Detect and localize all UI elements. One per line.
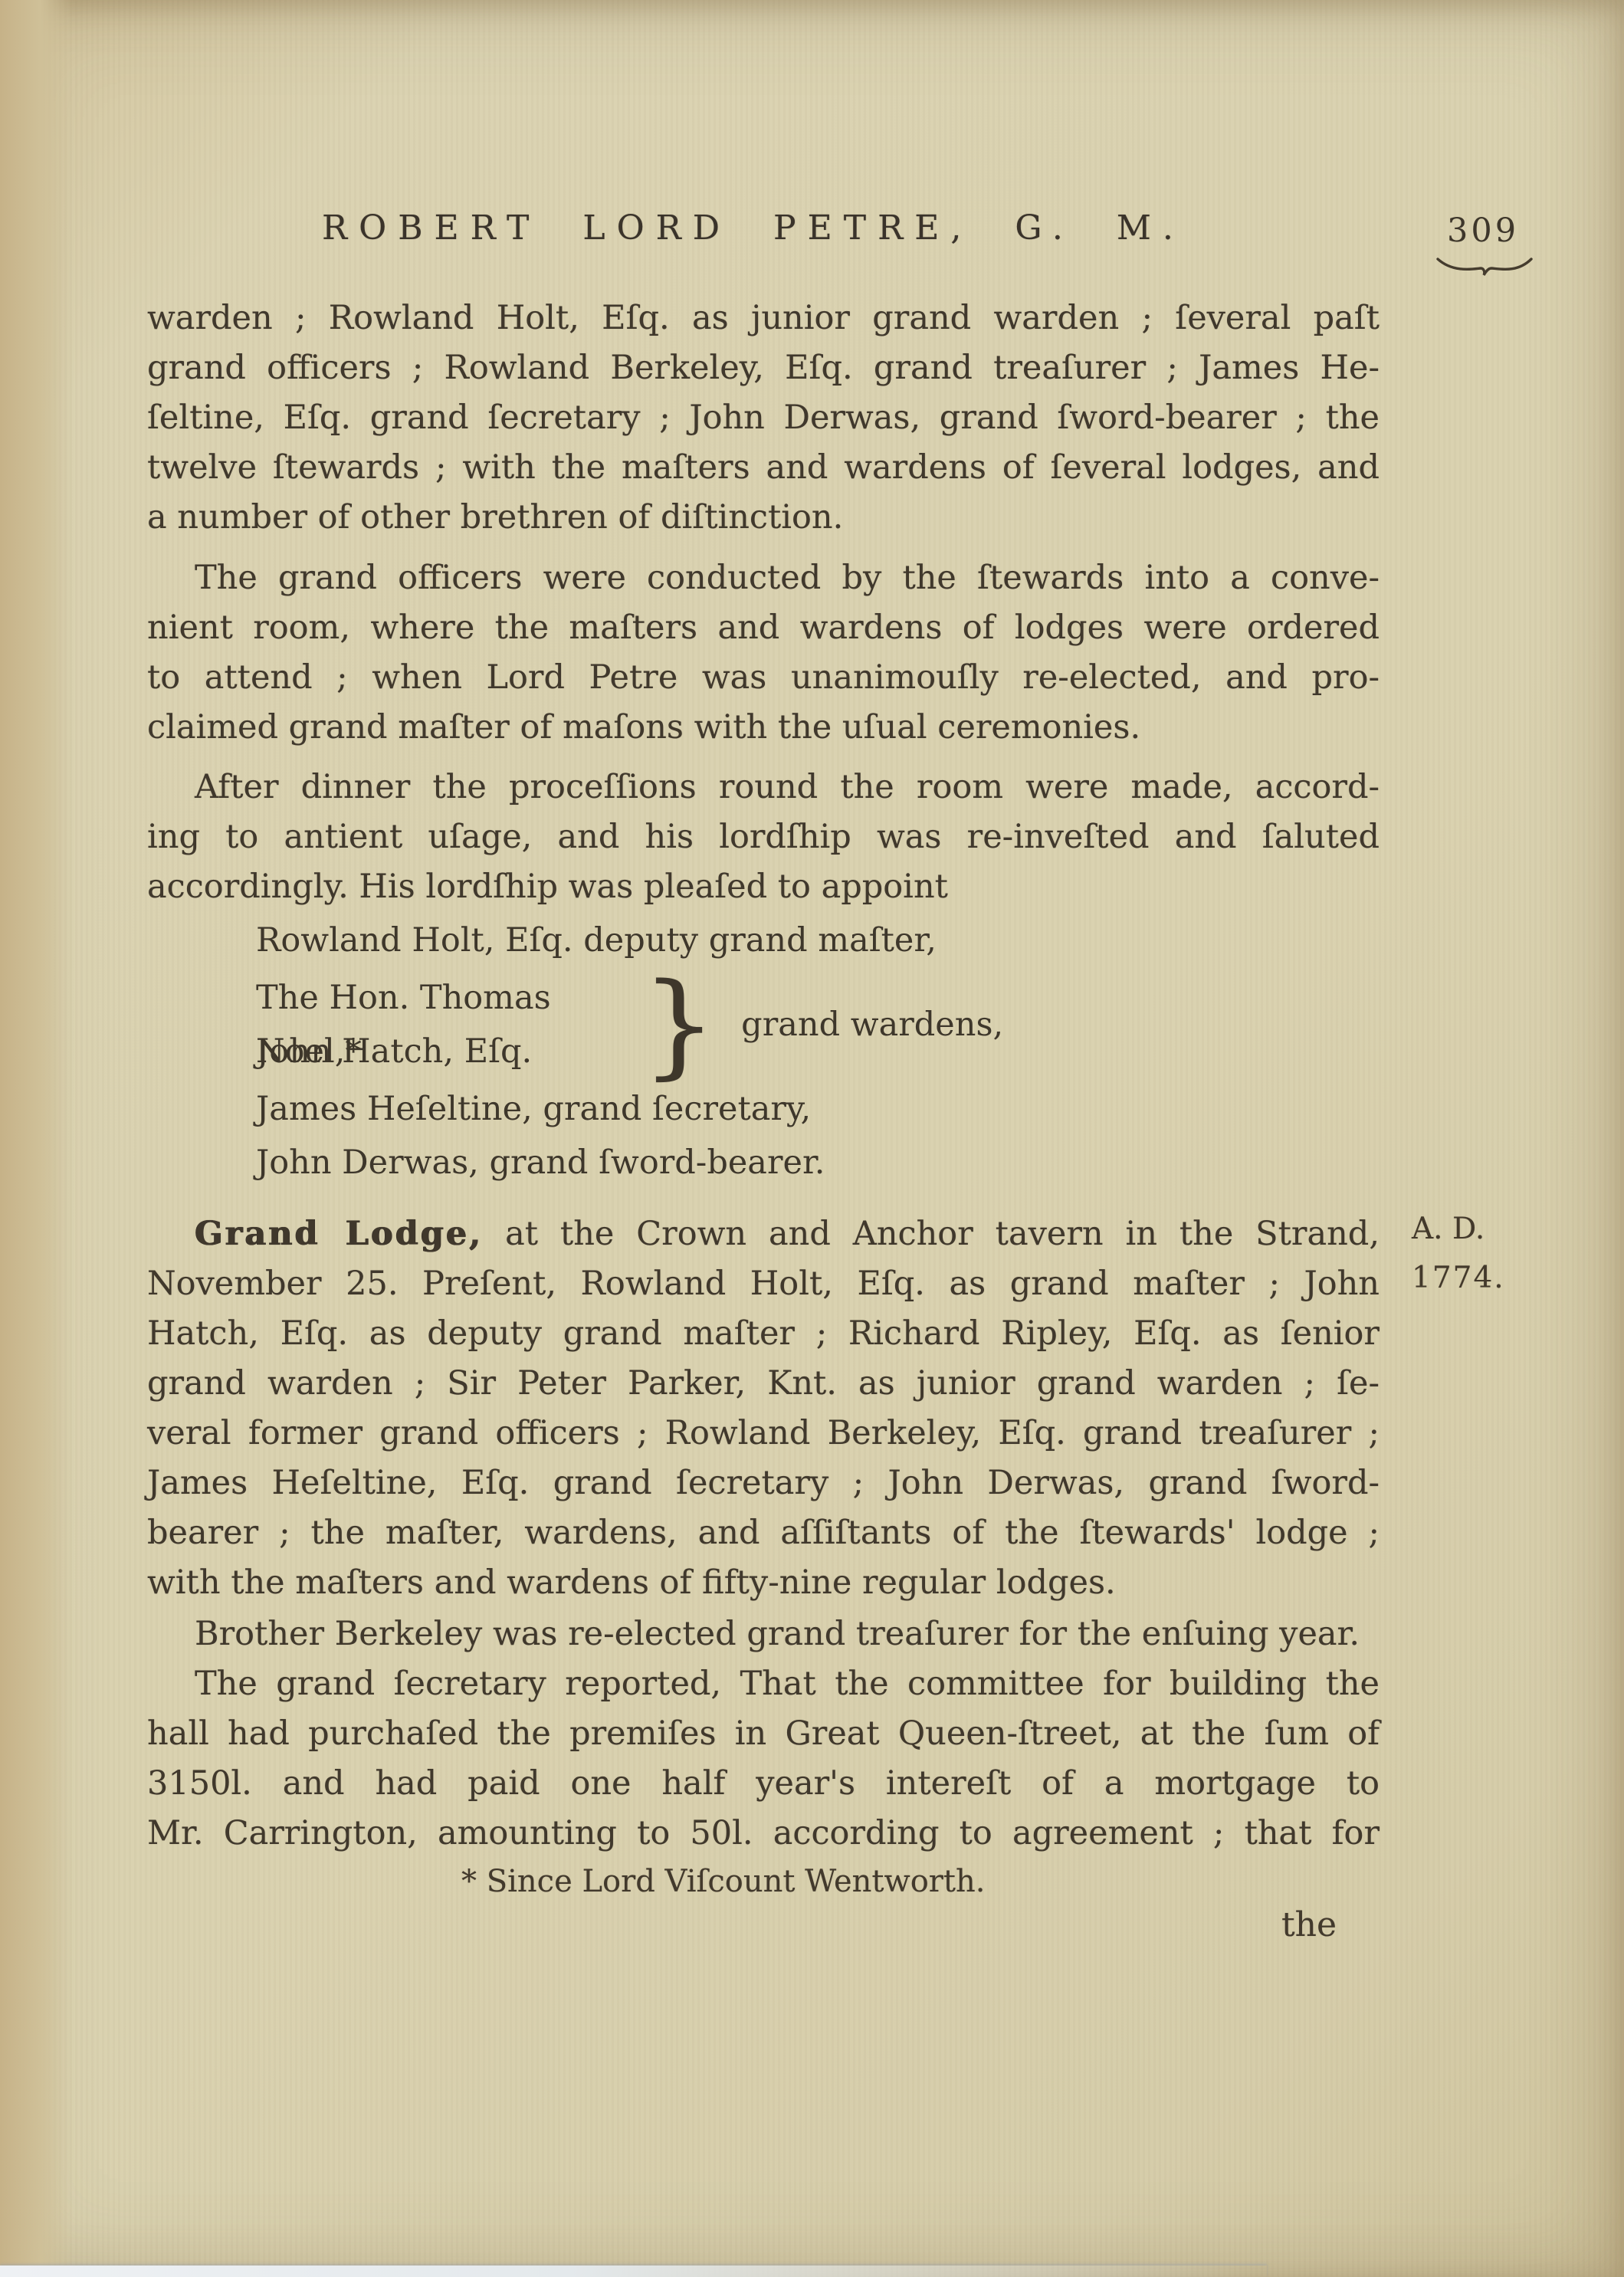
paragraph: The grand ſecretary reported, That the c… bbox=[147, 1659, 1380, 1859]
text-line: ing to antient uſage, and his lordſhip w… bbox=[147, 812, 1380, 862]
text-line: Mr. Carrington, amounting to 50l. accord… bbox=[147, 1809, 1380, 1859]
text-line: to attend ; when Lord Petre was unanimou… bbox=[147, 653, 1380, 703]
text-line: veral former grand officers ; Rowland Be… bbox=[147, 1409, 1380, 1458]
page-number: 309 bbox=[1447, 212, 1519, 250]
scan-background-strip bbox=[0, 2266, 1267, 2277]
paragraph: After dinner the proceſſions round the r… bbox=[147, 763, 1380, 912]
grand-wardens-group: The Hon. Thomas Noel,* John Hatch, Eſq. … bbox=[147, 967, 1380, 1082]
text-line: twelve ſtewards ; with the maſters and w… bbox=[147, 443, 1380, 493]
text-line: November 25. Preſent, Rowland Holt, Eſq.… bbox=[147, 1259, 1380, 1309]
grand-warden-names: The Hon. Thomas Noel,* John Hatch, Eſq. bbox=[256, 971, 643, 1078]
text-line: Grand Lodge, at the Crown and Anchor tav… bbox=[147, 1209, 1380, 1259]
appointment-line: Rowland Holt, Eſq. deputy grand maſter, bbox=[147, 914, 1380, 967]
text-run: at the Crown and Anchor tavern in the St… bbox=[483, 1215, 1380, 1253]
text-line: Brother Berkeley was re-elected grand tr… bbox=[147, 1609, 1380, 1659]
page-gutter-shadow bbox=[0, 0, 73, 2277]
book-page: ROBERT LORD PETRE, G. M. 309 warden ; Ro… bbox=[0, 0, 1624, 2277]
paragraph: Brother Berkeley was re-elected grand tr… bbox=[147, 1609, 1380, 1659]
text-line: bearer ; the maſter, wardens, and aſſiſt… bbox=[147, 1508, 1380, 1558]
margin-note-line: A. D. bbox=[1412, 1205, 1557, 1254]
text-line: James Heſeltine, Eſq. grand ſecretary ; … bbox=[147, 1458, 1380, 1508]
appointment-line: John Hatch, Eſq. bbox=[256, 1025, 643, 1078]
catchword: the bbox=[1281, 1905, 1337, 1944]
grand-wardens-label: grand wardens, bbox=[741, 1006, 1003, 1044]
appointments-list: Rowland Holt, Eſq. deputy grand maſter, … bbox=[147, 914, 1380, 1189]
running-title: ROBERT LORD PETRE, G. M. bbox=[322, 208, 1185, 248]
paragraph: The grand officers were conducted by the… bbox=[147, 553, 1380, 753]
text-line: with the maſters and wardens of fifty-ni… bbox=[147, 1558, 1380, 1608]
appointment-line: James Heſeltine, grand ſecretary, bbox=[147, 1082, 1380, 1136]
text-line: claimed grand maſter of maſons with the … bbox=[147, 703, 1380, 753]
grand-lodge-blackletter-heading: Grand Lodge, bbox=[195, 1215, 483, 1253]
curly-brace: } bbox=[641, 967, 717, 1082]
text-line: hall had purchaſed the premiſes in Great… bbox=[147, 1709, 1380, 1759]
text-line: After dinner the proceſſions round the r… bbox=[147, 763, 1380, 812]
text-line: a number of other brethren of diſtinctio… bbox=[147, 493, 1380, 543]
text-line: warden ; Rowland Holt, Eſq. as junior gr… bbox=[147, 294, 1380, 343]
appointment-line: John Derwas, grand ſword-bearer. bbox=[147, 1136, 1380, 1189]
text-line: grand officers ; Rowland Berkeley, Eſq. … bbox=[147, 343, 1380, 393]
footnote: * Since Lord Viſcount Wentworth. bbox=[461, 1864, 985, 1899]
text-line: grand warden ; Sir Peter Parker, Knt. as… bbox=[147, 1359, 1380, 1409]
paragraph-continuation: warden ; Rowland Holt, Eſq. as junior gr… bbox=[147, 294, 1380, 543]
text-line: The grand ſecretary reported, That the c… bbox=[147, 1659, 1380, 1709]
page-number-underbrace-icon bbox=[1435, 254, 1534, 277]
margin-note-line: 1774. bbox=[1412, 1254, 1557, 1303]
text-line: The grand officers were conducted by the… bbox=[147, 553, 1380, 603]
text-line: accordingly. His lordſhip was pleaſed to… bbox=[147, 862, 1380, 912]
text-line: 3150l. and had paid one half year's inte… bbox=[147, 1759, 1380, 1809]
grand-lodge-paragraph: Grand Lodge, at the Crown and Anchor tav… bbox=[147, 1209, 1380, 1608]
text-line: ſeltine, Eſq. grand ſecretary ; John Der… bbox=[147, 393, 1380, 443]
text-line: Hatch, Eſq. as deputy grand maſter ; Ric… bbox=[147, 1309, 1380, 1359]
text-line: nient room, where the maſters and warden… bbox=[147, 603, 1380, 653]
margin-date-note: A. D. 1774. bbox=[1412, 1205, 1557, 1303]
appointment-line: The Hon. Thomas Noel,* bbox=[256, 971, 643, 1025]
